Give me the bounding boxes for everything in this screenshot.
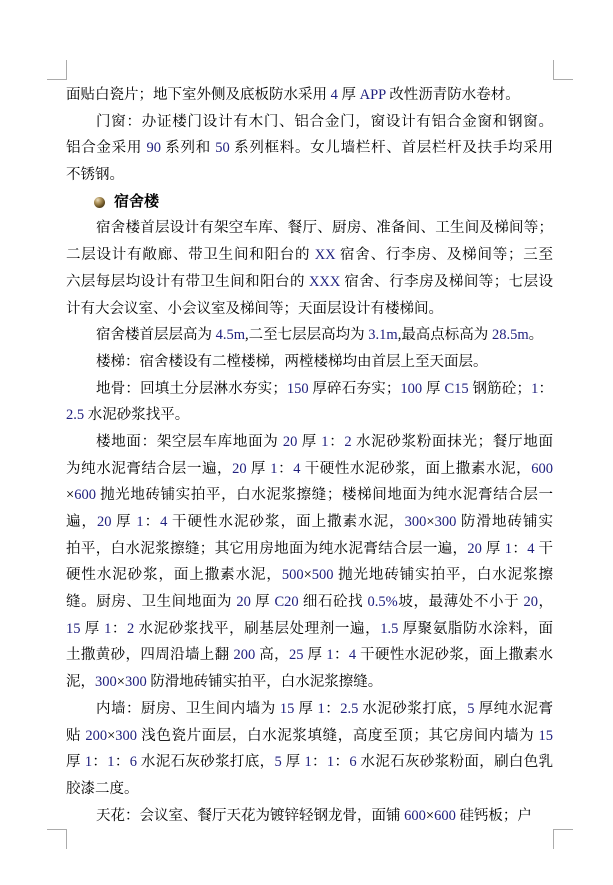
text-line: 硬性水泥砂浆，面上撒素水泥，500×500 抛光地砖铺实拍平，白水泥浆擦 bbox=[66, 562, 553, 589]
number-text: 1 bbox=[104, 621, 111, 637]
text-line: 为纯水泥膏结合层一遍，20 厚 1：4 干硬性水泥砂浆，面上撒素水泥，600 bbox=[66, 456, 553, 483]
text-line: 内墙：厨房、卫生间内墙为 15 厚 1：2.5 水泥砂浆打底，5 厚纯水泥膏 bbox=[66, 696, 553, 723]
paragraph: 天花：会议室、餐厅天花为镀锌轻钢龙骨，面铺 600×600 硅钙板；户 bbox=[66, 803, 553, 830]
paragraph: 楼梯：宿舍楼设有二樘楼梯，两樘楼梯均由首层上至天面层。 bbox=[66, 349, 553, 376]
document-body-text: 面贴白瓷片；地下室外侧及底板防水采用 4 厚 APP 改性沥青防水卷材。门窗：办… bbox=[66, 82, 553, 829]
margin-crop-mark-top-left bbox=[47, 60, 67, 80]
text-line: 土撒黄砂，四周沿墙上翻 200 高，25 厚 1：4 干硬性水泥砂浆，面上撒素水 bbox=[66, 642, 553, 669]
number-text: 4 bbox=[293, 461, 300, 477]
number-text: 600 bbox=[404, 808, 426, 824]
number-text: 1 bbox=[85, 754, 92, 770]
number-text: APP bbox=[360, 87, 386, 103]
number-text: 20 bbox=[523, 594, 538, 610]
number-text: 20 bbox=[236, 594, 251, 610]
number-text: 20 bbox=[232, 461, 247, 477]
number-text: 4 bbox=[527, 541, 534, 557]
number-text: 1 bbox=[505, 541, 512, 557]
text-line: 贴 200×300 浅色瓷片面层，白水泥浆填缝，高度至顶；其它房间内墙为 15 bbox=[66, 723, 553, 750]
paragraph: 宿舍楼首层设计有架空车库、餐厅、厨房、准备间、工生间及梯间等；二层设计有敞廊、带… bbox=[66, 215, 553, 322]
number-text: C15 bbox=[444, 381, 468, 397]
paragraph: 楼地面：架空层车库地面为 20 厚 1：2 水泥砂浆粉面抹光；餐厅地面为纯水泥膏… bbox=[66, 429, 553, 696]
number-text: 28.5m bbox=[492, 327, 529, 343]
number-text: 1 bbox=[304, 754, 311, 770]
text-line: 泥，300×300 防滑地砖铺实拍平，白水泥浆擦缝。 bbox=[66, 669, 553, 696]
number-text: 1 bbox=[270, 461, 277, 477]
text-line: 计有大会议室、小会议室及梯间等；天面层设计有楼梯间。 bbox=[66, 296, 553, 323]
number-text: 500 bbox=[282, 567, 304, 583]
number-text: 2.5 bbox=[340, 701, 358, 717]
number-text: 1 bbox=[107, 754, 114, 770]
number-text: 600 bbox=[531, 461, 553, 477]
number-text: 300 bbox=[435, 514, 457, 530]
number-text: 2.5 bbox=[66, 407, 84, 423]
number-text: 300 bbox=[95, 674, 117, 690]
number-text: 25 bbox=[289, 647, 304, 663]
number-text: 20 bbox=[283, 434, 298, 450]
text-line: 拍平，白水泥浆擦缝；其它用房地面为纯水泥膏结合层一遍，20 厚 1：4 干 bbox=[66, 536, 553, 563]
number-text: XX bbox=[315, 247, 336, 263]
text-line: 宿舍楼首层设计有架空车库、餐厅、厨房、准备间、工生间及梯间等； bbox=[66, 215, 553, 242]
number-text: XXX bbox=[309, 274, 340, 290]
number-text: 300 bbox=[125, 674, 147, 690]
heading-label: 宿舍楼 bbox=[114, 189, 159, 216]
number-text: 6 bbox=[349, 754, 356, 770]
number-text: 90 bbox=[146, 140, 161, 156]
text-line: 宿舍楼首层层高为 4.5m,二至七层层高均为 3.1m,最高点标高为 28.5m… bbox=[66, 322, 553, 349]
text-line: 楼地面：架空层车库地面为 20 厚 1：2 水泥砂浆粉面抹光；餐厅地面 bbox=[66, 429, 553, 456]
number-text: 600 bbox=[74, 487, 96, 503]
number-text: 15 bbox=[66, 621, 81, 637]
number-text: C20 bbox=[274, 594, 298, 610]
document-page: 面贴白瓷片；地下室外侧及底板防水采用 4 厚 APP 改性沥青防水卷材。门窗：办… bbox=[0, 0, 613, 885]
text-line: 胶漆二度。 bbox=[66, 776, 553, 803]
text-line: 铝合金采用 90 系列和 50 系列框料。女儿墙栏杆、首层栏杆及扶手均采用 bbox=[66, 135, 553, 162]
number-text: 150 bbox=[287, 381, 309, 397]
text-line: ×600 抛光地砖铺实拍平，白水泥浆擦缝；楼梯间地面为纯水泥膏结合层一 bbox=[66, 482, 553, 509]
number-text: 300 bbox=[405, 514, 427, 530]
number-text: 4 bbox=[349, 647, 356, 663]
margin-crop-mark-bottom-right bbox=[553, 829, 573, 849]
text-line: 2.5 水泥砂浆找平。 bbox=[66, 402, 553, 429]
number-text: 600 bbox=[434, 808, 456, 824]
number-text: 1 bbox=[318, 701, 325, 717]
text-line: 不锈钢。 bbox=[66, 162, 553, 189]
number-text: 1 bbox=[136, 514, 143, 530]
text-line: 二层设计有敞廊、带卫生间和阳台的 XX 宿舍、行李房、及梯间等；三至 bbox=[66, 242, 553, 269]
number-text: 5 bbox=[467, 701, 474, 717]
section-heading: 宿舍楼 bbox=[66, 189, 553, 216]
number-text: 20 bbox=[467, 541, 482, 557]
number-text: 1 bbox=[321, 434, 328, 450]
number-text: 3.1m bbox=[368, 327, 397, 343]
number-text: 6 bbox=[130, 754, 137, 770]
number-text: 50 bbox=[215, 140, 230, 156]
text-line: 遍，20 厚 1：4 干硬性水泥砂浆，面上撒素水泥，300×300 防滑地砖铺实 bbox=[66, 509, 553, 536]
number-text: 15 bbox=[539, 728, 553, 744]
text-line: 地骨：回填土分层淋水夯实；150 厚碎石夯实；100 厚 C15 钢筋砼；1： bbox=[66, 376, 553, 403]
text-line: 缝。厨房、卫生间地面为 20 厚 C20 细石砼找 0.5%坡，最薄处不小于 2… bbox=[66, 589, 553, 616]
number-text: 4 bbox=[331, 87, 338, 103]
margin-crop-mark-top-right bbox=[553, 60, 573, 80]
paragraph: 面贴白瓷片；地下室外侧及底板防水采用 4 厚 APP 改性沥青防水卷材。 bbox=[66, 82, 553, 109]
number-text: 1 bbox=[326, 647, 333, 663]
text-line: 厚 1：1：6 水泥石灰砂浆打底，5 厚 1：1：6 水泥石灰砂浆粉面，刷白色乳 bbox=[66, 749, 553, 776]
text-line: 15 厚 1：2 水泥砂浆找平，刷基层处理剂一遍，1.5 厚聚氨脂防水涂料，面 bbox=[66, 616, 553, 643]
number-text: 5 bbox=[274, 754, 281, 770]
paragraph: 地骨：回填土分层淋水夯实；150 厚碎石夯实；100 厚 C15 钢筋砼；1：2… bbox=[66, 376, 553, 429]
number-text: 300 bbox=[115, 728, 137, 744]
text-line: 门窗：办证楼门设计有木门、铝合金门，窗设计有铝合金窗和钢窗。 bbox=[66, 109, 553, 136]
number-text: 2 bbox=[127, 621, 134, 637]
number-text: 200 bbox=[234, 647, 256, 663]
text-line: 天花：会议室、餐厅天花为镀锌轻钢龙骨，面铺 600×600 硅钙板；户 bbox=[66, 803, 553, 830]
number-text: 4.5m bbox=[216, 327, 245, 343]
text-line: 六层每层均设计有带卫生间和阳台的 XXX 宿舍、行李房及梯间等；七层设 bbox=[66, 269, 553, 296]
number-text: 200 bbox=[85, 728, 107, 744]
heading-line: 宿舍楼 bbox=[66, 189, 553, 216]
paragraph: 内墙：厨房、卫生间内墙为 15 厚 1：2.5 水泥砂浆打底，5 厚纯水泥膏贴 … bbox=[66, 696, 553, 803]
number-text: 1 bbox=[327, 754, 334, 770]
paragraph: 门窗：办证楼门设计有木门、铝合金门，窗设计有铝合金窗和钢窗。铝合金采用 90 系… bbox=[66, 109, 553, 189]
margin-crop-mark-bottom-left bbox=[47, 829, 67, 849]
paragraph: 宿舍楼首层层高为 4.5m,二至七层层高均为 3.1m,最高点标高为 28.5m… bbox=[66, 322, 553, 349]
number-text: 20 bbox=[97, 514, 112, 530]
text-line: 楼梯：宿舍楼设有二樘楼梯，两樘楼梯均由首层上至天面层。 bbox=[66, 349, 553, 376]
text-line: 面贴白瓷片；地下室外侧及底板防水采用 4 厚 APP 改性沥青防水卷材。 bbox=[66, 82, 553, 109]
number-text: 4 bbox=[160, 514, 167, 530]
number-text: 100 bbox=[400, 381, 422, 397]
sphere-bullet-icon bbox=[94, 197, 105, 208]
number-text: 2 bbox=[344, 434, 351, 450]
number-text: 500 bbox=[312, 567, 334, 583]
number-text: 0.5% bbox=[368, 594, 398, 610]
number-text: 1 bbox=[531, 381, 538, 397]
number-text: 15 bbox=[280, 701, 295, 717]
number-text: 1.5 bbox=[380, 621, 398, 637]
